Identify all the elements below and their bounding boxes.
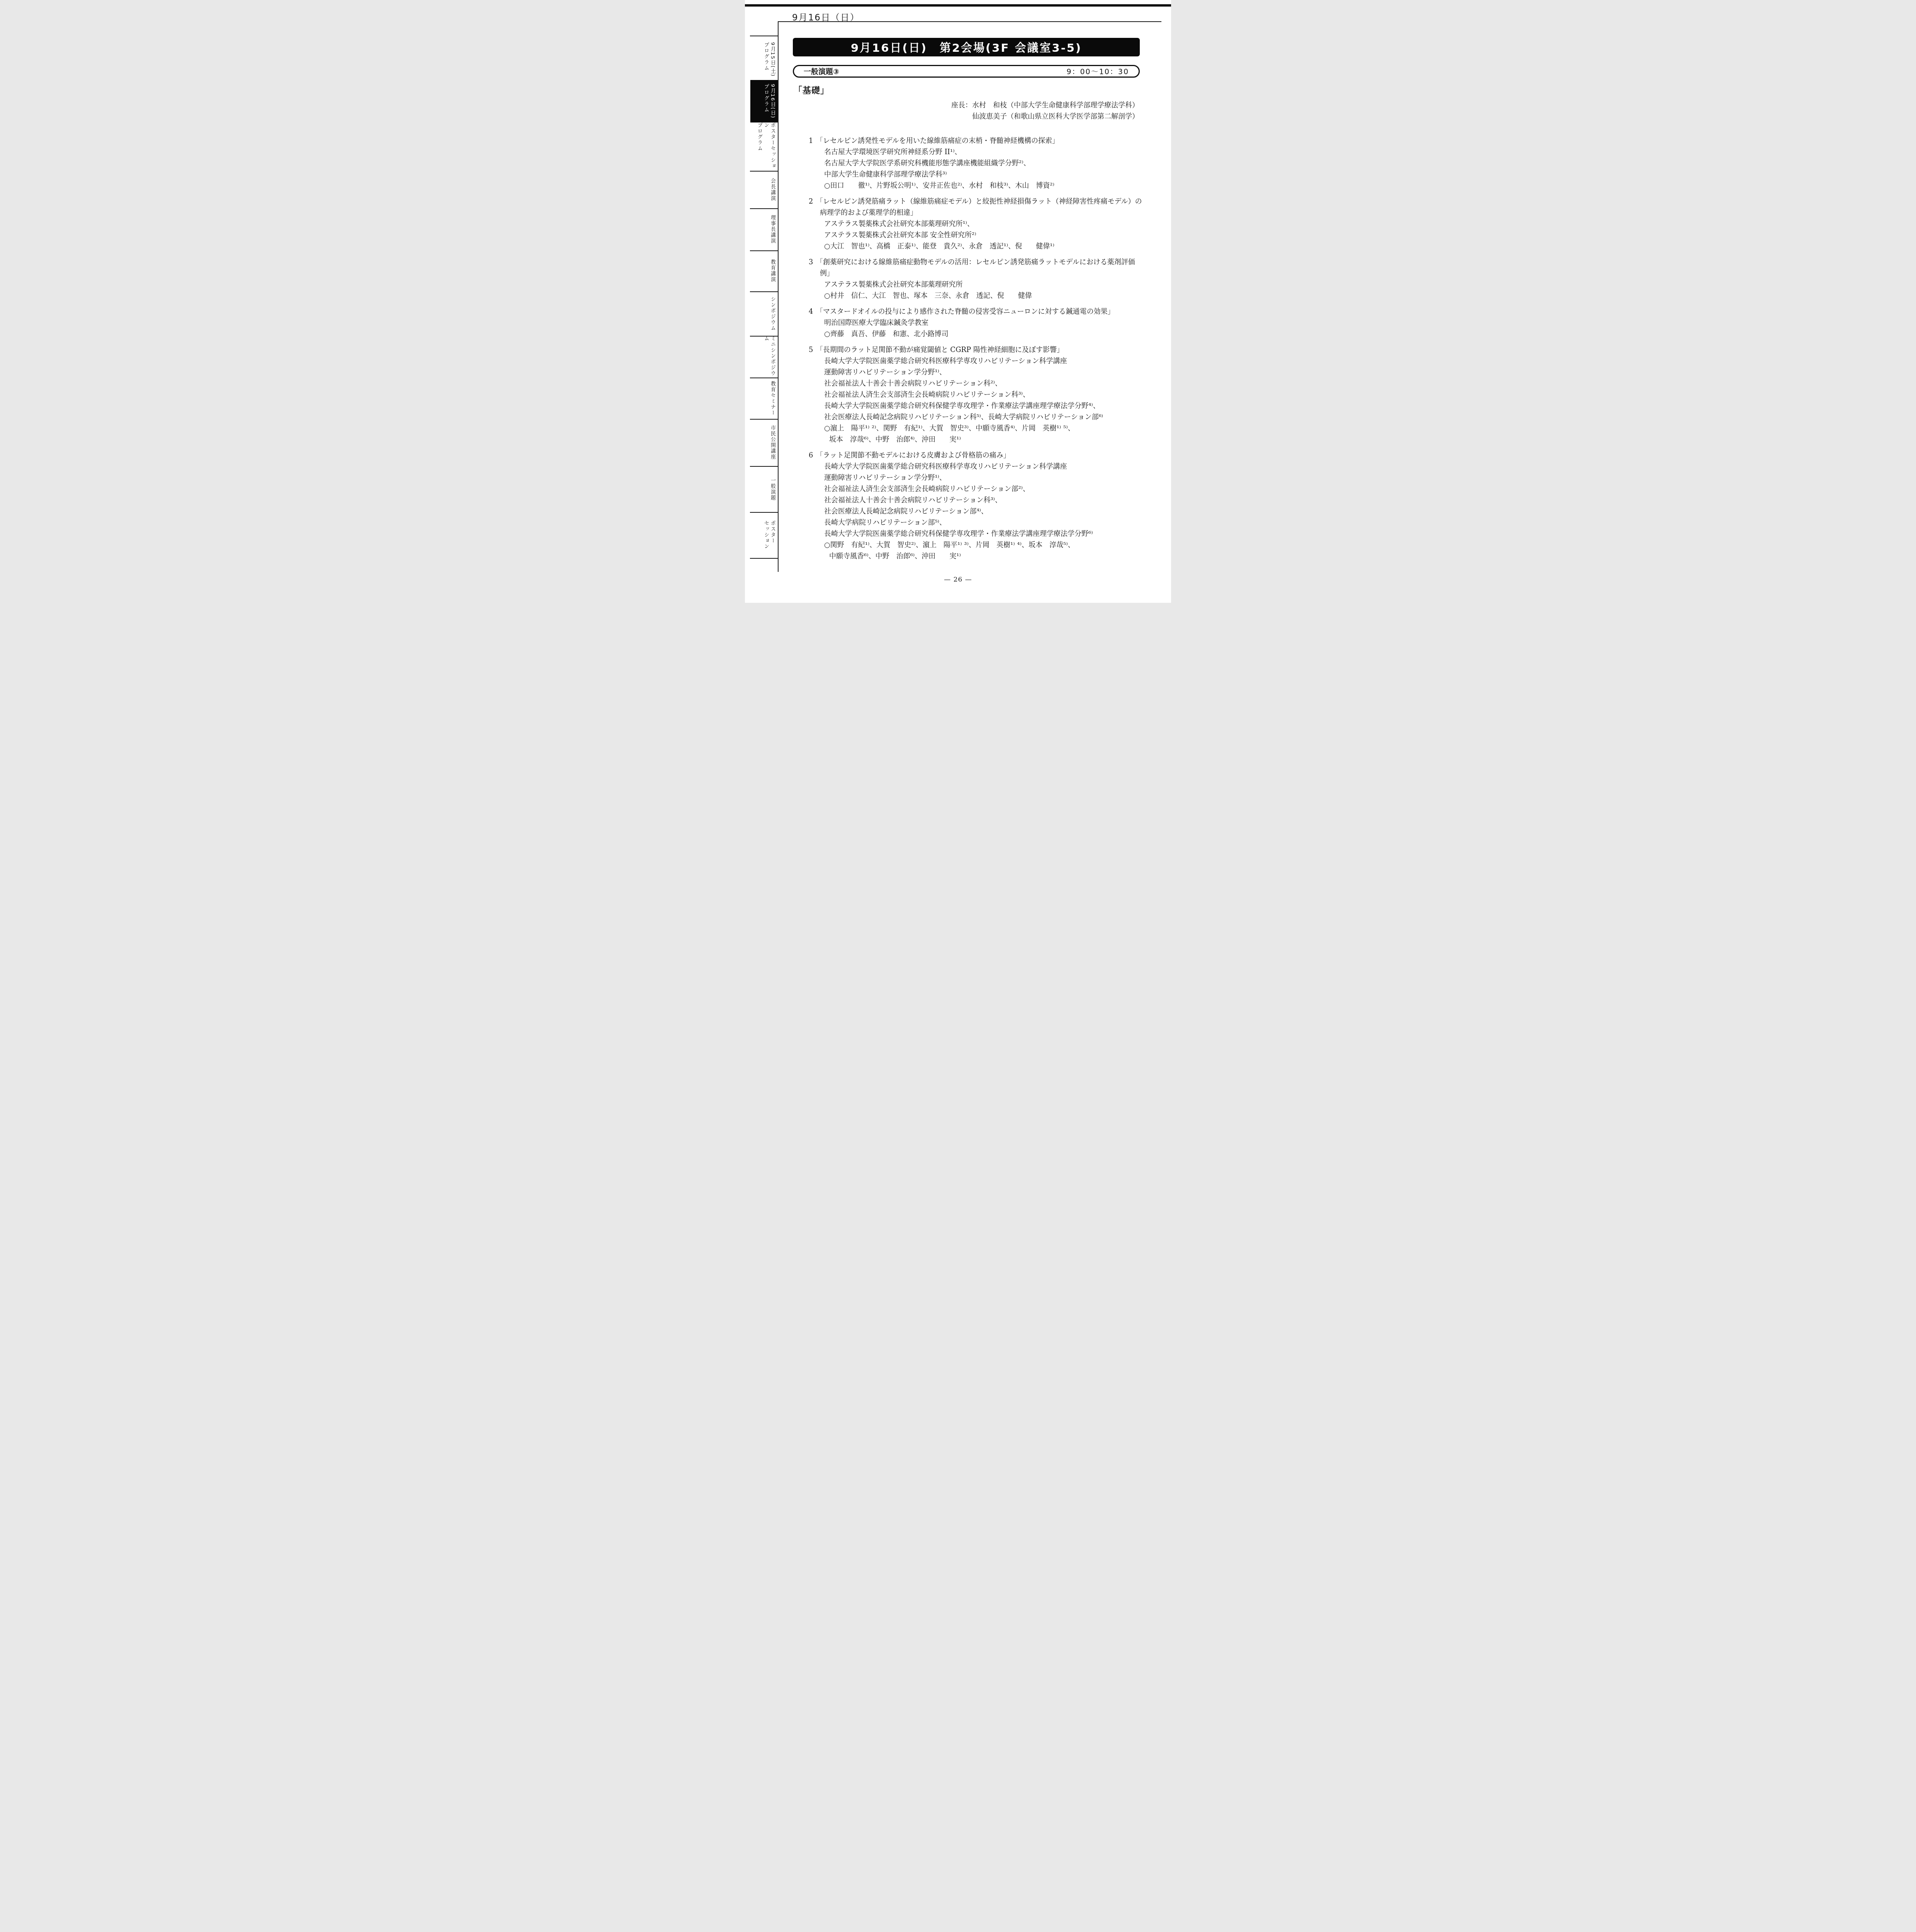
presentation-affiliation: 長崎大学病院リハビリテーション部⁵⁾、 bbox=[816, 517, 1144, 528]
presentation-affiliation: 中部大学生命健康科学部理学療法学科³⁾ bbox=[816, 169, 1144, 180]
page-number: — 26 — bbox=[745, 576, 1171, 583]
chair-line: 座長：水村 和枝（中部大学生命健康科学部理学療法学科） bbox=[778, 100, 1139, 111]
presentation-authors: ○田口 徹¹⁾、片野坂公明¹⁾、安井正佐也²⁾、水村 和枝³⁾、木山 博資²⁾ bbox=[816, 180, 1144, 191]
presentation-affiliation: 長崎大学大学院医歯薬学総合研究科医療科学専攻リハビリテーション科学講座 bbox=[816, 461, 1144, 472]
sidebar-tab-7: シンポジウム bbox=[750, 291, 778, 336]
session-time: 9：00～10：30 bbox=[1066, 66, 1129, 77]
section-title: 「基礎」 bbox=[794, 84, 1161, 96]
presentation-authors: ○齊藤 真吾、伊藤 和憲、北小路博司 bbox=[816, 328, 1144, 340]
presentation-affiliation: 長崎大学大学院医歯薬学総合研究科保健学専攻理学・作業療法学講座理学療法学分野⁶⁾ bbox=[816, 528, 1144, 539]
presentation-affiliation: 社会医療法人長崎記念病院リハビリテーション部⁴⁾、 bbox=[816, 506, 1144, 517]
sidebar-tab-6: 教育講演 bbox=[750, 250, 778, 291]
session-header-pill: 一般演題③ 9：00～10：30 bbox=[793, 65, 1140, 78]
program-page: 9月16日（日） 9月15日(土) プログラム9月16日(日) プログラムポスタ… bbox=[745, 0, 1171, 603]
sidebar-tab-11: 一般演題 bbox=[750, 466, 778, 512]
presentation-authors: 坂本 淳哉⁶⁾、中野 治郎⁴⁾、沖田 実¹⁾ bbox=[816, 434, 1144, 445]
presentation-item-2: 2「レセルピン誘発筋痛ラット（線維筋痛症モデル）と絞扼性神経損傷ラット（神経障害… bbox=[778, 196, 1144, 252]
presentation-affiliation: 社会福祉法人済生会支部済生会長崎病院リハビリテーション科³⁾、 bbox=[816, 389, 1144, 400]
venue-banner: 9月16日(日) 第2会場(3F 会議室3-5) bbox=[793, 38, 1140, 56]
presentation-affiliation: 社会福祉法人十善会十善会病院リハビリテーション科²⁾、 bbox=[816, 378, 1144, 389]
sidebar-tab-label: 一般演題 bbox=[769, 478, 776, 501]
presentation-affiliation: 社会医療法人長崎記念病院リハビリテーション科⁵⁾、長崎大学病院リハビリテーション… bbox=[816, 412, 1144, 423]
presentation-item-6: 6「ラット足関節不動モデルにおける皮膚および骨格筋の痛み」長崎大学大学院医歯薬学… bbox=[778, 450, 1144, 562]
presentation-number: 3 bbox=[809, 257, 816, 301]
presentation-number: 4 bbox=[809, 306, 816, 340]
sidebar-divider bbox=[750, 558, 778, 559]
presentation-authors: ○村井 信仁、大江 智也、塚本 三奈、永倉 透記、倪 健偉 bbox=[816, 290, 1144, 301]
presentation-affiliation: 明治国際医療大学臨床鍼灸学教室 bbox=[816, 317, 1144, 328]
sidebar-tab-label: 会長講演 bbox=[769, 178, 776, 201]
presentation-affiliation: 運動障害リハビリテーション学分野¹⁾、 bbox=[816, 367, 1144, 378]
presentation-affiliation: 長崎大学大学院医歯薬学総合研究科医療科学専攻リハビリテーション科学講座 bbox=[816, 355, 1144, 367]
sidebar-tab-label: 教育講演 bbox=[769, 259, 776, 282]
presentation-authors: 中願寺風香⁶⁾、中野 治郎⁶⁾、沖田 実¹⁾ bbox=[816, 551, 1144, 562]
sidebar-tab-label: ポスター セッション bbox=[763, 520, 776, 549]
sidebar-tab-label: 教育セミナー bbox=[769, 381, 776, 416]
sidebar-tab-label: シンポジウム bbox=[769, 296, 776, 331]
presentation-number: 2 bbox=[809, 196, 816, 252]
presentation-item-5: 5「長期間のラット足関節不動が痛覚閾値と CGRP 陽性神経細胞に及ぼす影響」長… bbox=[778, 344, 1144, 445]
sidebar-tab-9: 教育セミナー bbox=[750, 378, 778, 419]
sidebar-tab-label: 理事長講演 bbox=[769, 215, 776, 244]
presentation-affiliation: アステラス製薬株式会社研究本部薬理研究所 bbox=[816, 279, 1144, 290]
presentation-number: 5 bbox=[809, 344, 816, 445]
presentation-list: 1「レセルピン誘発性モデルを用いた線維筋痛症の末梢・脊髄神経機構の探索」名古屋大… bbox=[778, 135, 1161, 562]
presentation-authors: ○関野 有紀¹⁾、大賀 智史²⁾、濵上 陽平¹⁾ ³⁾、片岡 英樹¹⁾ ⁴⁾、坂… bbox=[816, 539, 1144, 551]
sidebar-tab-10: 市民公開講座 bbox=[750, 419, 778, 466]
presentation-affiliation: 社会福祉法人済生会支部済生会長崎病院リハビリテーション部²⁾、 bbox=[816, 483, 1144, 495]
sidebar-tab-2-active: 9月16日(日) プログラム bbox=[750, 80, 778, 122]
presentation-title: 「マスタードオイルの投与により感作された脊髄の侵害受容ニューロンに対する鍼通電の… bbox=[816, 306, 1144, 317]
presentation-number: 6 bbox=[809, 450, 816, 562]
presentation-affiliation: アステラス製薬株式会社研究本部薬理研究所¹⁾、 bbox=[816, 218, 1144, 230]
sidebar-tab-label: 9月16日(日) プログラム bbox=[763, 84, 776, 119]
presentation-body: 「レセルピン誘発性モデルを用いた線維筋痛症の末梢・脊髄神経機構の探索」名古屋大学… bbox=[816, 135, 1144, 191]
chair-line: 仙波恵美子（和歌山県立医科大学医学部第二解剖学） bbox=[778, 111, 1139, 122]
sidebar-tab-label: 9月15日(土) プログラム bbox=[763, 42, 776, 77]
sidebar-tab-8: ミニシンポジウム bbox=[750, 336, 778, 378]
presentation-title: 「レセルピン誘発性モデルを用いた線維筋痛症の末梢・脊髄神経機構の探索」 bbox=[816, 135, 1144, 146]
presentation-affiliation: 名古屋大学大学院医学系研究科機能形態学講座機能組織学分野²⁾、 bbox=[816, 158, 1144, 169]
presentation-title: 「長期間のラット足関節不動が痛覚閾値と CGRP 陽性神経細胞に及ぼす影響」 bbox=[816, 344, 1144, 355]
sidebar-tab-label: 市民公開講座 bbox=[769, 425, 776, 460]
presentation-item-1: 1「レセルピン誘発性モデルを用いた線維筋痛症の末梢・脊髄神経機構の探索」名古屋大… bbox=[778, 135, 1144, 191]
presentation-authors: ○濵上 陽平¹⁾ ²⁾、関野 有紀¹⁾、大賀 智史³⁾、中願寺風香⁴⁾、片岡 英… bbox=[816, 423, 1144, 434]
presentation-title: 「創薬研究における線維筋痛症動物モデルの活用：レセルピン誘発筋痛ラットモデルにお… bbox=[816, 257, 1144, 279]
presentation-title: 「ラット足関節不動モデルにおける皮膚および骨格筋の痛み」 bbox=[816, 450, 1144, 461]
presentation-affiliation: アステラス製薬株式会社研究本部 安全性研究所²⁾ bbox=[816, 230, 1144, 241]
presentation-item-4: 4「マスタードオイルの投与により感作された脊髄の侵害受容ニューロンに対する鍼通電… bbox=[778, 306, 1144, 340]
sidebar-divider bbox=[750, 36, 778, 36]
sidebar-tab-3: ポスターセッション プログラム bbox=[750, 122, 778, 170]
presentation-body: 「レセルピン誘発筋痛ラット（線維筋痛症モデル）と絞扼性神経損傷ラット（神経障害性… bbox=[816, 196, 1144, 252]
sidebar-tab-label: ポスターセッション プログラム bbox=[756, 122, 776, 170]
sidebar-tab-5: 理事長講演 bbox=[750, 208, 778, 250]
presentation-body: 「マスタードオイルの投与により感作された脊髄の侵害受容ニューロンに対する鍼通電の… bbox=[816, 306, 1144, 340]
sidebar-tab-12: ポスター セッション bbox=[750, 512, 778, 558]
presentation-title: 「レセルピン誘発筋痛ラット（線維筋痛症モデル）と絞扼性神経損傷ラット（神経障害性… bbox=[816, 196, 1144, 218]
presentation-authors: ○大江 智也¹⁾、高橋 正泰¹⁾、能登 貴久²⁾、永倉 透記¹⁾、倪 健偉¹⁾ bbox=[816, 241, 1144, 252]
presentation-body: 「長期間のラット足関節不動が痛覚閾値と CGRP 陽性神経細胞に及ぼす影響」長崎… bbox=[816, 344, 1144, 445]
main-content: 9月16日(日) 第2会場(3F 会議室3-5) 一般演題③ 9：00～10：3… bbox=[778, 0, 1161, 566]
presentation-affiliation: 長崎大学大学院医歯薬学総合研究科保健学専攻理学・作業療法学講座理学療法学分野⁴⁾… bbox=[816, 400, 1144, 412]
presentation-body: 「ラット足関節不動モデルにおける皮膚および骨格筋の痛み」長崎大学大学院医歯薬学総… bbox=[816, 450, 1144, 562]
presentation-affiliation: 名古屋大学環境医学研究所神経系分野 II¹⁾、 bbox=[816, 146, 1144, 158]
presentation-number: 1 bbox=[809, 135, 816, 191]
presentation-body: 「創薬研究における線維筋痛症動物モデルの活用：レセルピン誘発筋痛ラットモデルにお… bbox=[816, 257, 1144, 301]
sidebar-tab-label: ミニシンポジウム bbox=[763, 336, 776, 378]
session-label: 一般演題③ bbox=[804, 66, 839, 77]
presentation-affiliation: 社会福祉法人十善会十善会病院リハビリテーション科³⁾、 bbox=[816, 495, 1144, 506]
chairs-block: 座長：水村 和枝（中部大学生命健康科学部理学療法学科） 仙波恵美子（和歌山県立医… bbox=[778, 100, 1161, 122]
presentation-item-3: 3「創薬研究における線維筋痛症動物モデルの活用：レセルピン誘発筋痛ラットモデルに… bbox=[778, 257, 1144, 301]
sidebar-tab-1: 9月15日(土) プログラム bbox=[750, 39, 778, 80]
sidebar-tab-4: 会長講演 bbox=[750, 171, 778, 208]
presentation-affiliation: 運動障害リハビリテーション学分野¹⁾、 bbox=[816, 472, 1144, 483]
